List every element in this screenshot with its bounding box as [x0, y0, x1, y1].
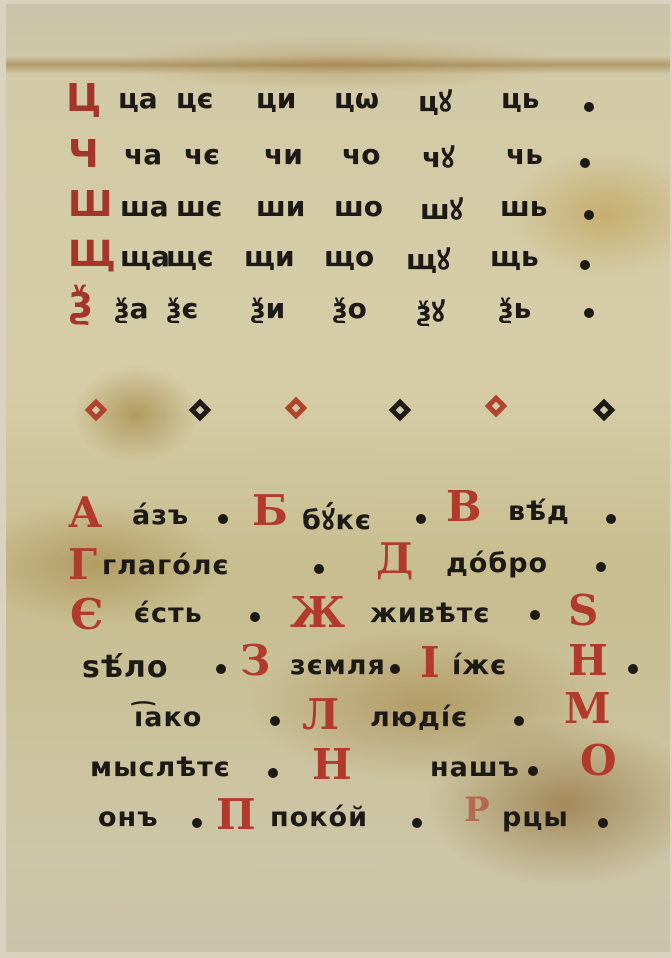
red-initial: Щ [68, 234, 116, 275]
separator-dot [596, 562, 606, 572]
letter-name: люді́є [370, 702, 468, 733]
syllable: шо [334, 190, 383, 223]
red-capital: Є [70, 590, 103, 639]
red-capital: Н [568, 636, 608, 685]
red-capital: П [216, 790, 256, 839]
letter-name: і́жє [452, 650, 507, 681]
syllable: цє [176, 82, 213, 115]
syllable: ща [120, 240, 170, 273]
red-capital: Ж [290, 588, 345, 637]
red-capital: А [68, 488, 102, 537]
separator-dot [390, 664, 400, 674]
red-capital: М [564, 684, 611, 733]
black-ornament-icon [389, 399, 412, 422]
syllable: чо [342, 138, 380, 171]
separator-dot [218, 514, 228, 524]
separator-dot [416, 514, 426, 524]
syllable: ѯа [114, 292, 148, 325]
syllable: чє [184, 138, 220, 171]
separator-dot [530, 610, 540, 620]
water-stain [6, 56, 670, 74]
syllable: щи [244, 240, 295, 273]
red-initial: Ш [68, 184, 112, 225]
red-capital: О [580, 736, 617, 785]
red-capital: Г [68, 540, 97, 589]
syllable: ѯо [332, 292, 367, 325]
syllable: цѡ [334, 82, 379, 115]
syllable: ши [256, 190, 305, 223]
syllable: що [324, 240, 374, 273]
letter-name: вѣ́д [508, 496, 570, 527]
separator-dot [250, 612, 260, 622]
separator-dot [628, 664, 638, 674]
black-ornament-icon [189, 399, 212, 422]
red-capital: Д [376, 534, 413, 583]
red-initial: Ч [68, 132, 99, 176]
letter-name: поко́й [270, 802, 368, 833]
syllable: ча [124, 138, 162, 171]
letter-name: нашъ [430, 752, 520, 783]
letter-name: онъ [98, 802, 159, 833]
letter-name: бꙋ́кє [302, 500, 372, 537]
separator-dot [528, 766, 538, 776]
separator-dot [606, 514, 616, 524]
red-ornament-icon [85, 399, 108, 422]
red-capital: Ѕ [568, 586, 598, 635]
red-ornament-icon [485, 395, 508, 418]
syllable: цꙋ [418, 82, 452, 120]
black-ornament-icon [593, 399, 616, 422]
letter-name: живѣтє [370, 598, 490, 629]
red-capital: Б [252, 486, 288, 535]
letter-name: рцы [502, 802, 569, 833]
letter-name: ı͡ако [134, 702, 202, 733]
separator-dot [268, 768, 278, 778]
syllable: шє [176, 190, 222, 223]
red-initial: Ц [66, 76, 101, 120]
red-capital: З [240, 636, 270, 685]
letter-name: до́бро [446, 548, 548, 579]
syllable: щꙋ [406, 240, 450, 278]
separator-dot [192, 818, 202, 828]
syllable: ша [120, 190, 169, 223]
separator-dot [580, 158, 590, 168]
red-capital: Р [464, 790, 490, 830]
separator-dot [584, 308, 594, 318]
red-ornament-icon [285, 397, 308, 420]
syllable: ци [256, 82, 296, 115]
syllable: шꙋ [420, 190, 463, 228]
red-capital: І [420, 638, 440, 687]
letter-name: зємля [290, 650, 386, 681]
syllable: ѯє [166, 292, 198, 325]
syllable: щє [166, 240, 214, 273]
syllable: ѯь [498, 292, 531, 325]
separator-dot [584, 102, 594, 112]
separator-dot [314, 564, 324, 574]
syllable: чꙋ [422, 138, 454, 176]
syllable: ѯи [250, 292, 285, 325]
red-capital: Л [302, 690, 339, 739]
separator-dot [216, 664, 226, 674]
letter-name: ѕѣ́ло [82, 650, 169, 685]
red-initial: Ѯ [68, 286, 93, 327]
separator-dot [514, 716, 524, 726]
syllable: ца [118, 82, 158, 115]
letter-name: глаго́лє [102, 550, 230, 581]
syllable: шь [500, 190, 547, 223]
syllable: чи [264, 138, 303, 171]
separator-dot [580, 260, 590, 270]
syllable: чь [506, 138, 543, 171]
syllable: щь [490, 240, 539, 273]
red-capital: В [446, 482, 482, 531]
separator-dot [598, 818, 608, 828]
separator-dot [412, 818, 422, 828]
manuscript-page: Ц ца цє ци цѡ цꙋ ць Ч ча чє чи чо чꙋ чь … [6, 4, 670, 952]
letter-name: мыслѣтє [90, 752, 231, 783]
letter-name: а́зъ [132, 500, 189, 531]
separator-dot [584, 210, 594, 220]
syllable: ѯꙋ [416, 292, 445, 330]
separator-dot [270, 716, 280, 726]
syllable: ць [501, 82, 539, 115]
letter-name: є́сть [134, 598, 203, 629]
red-capital: Н [312, 740, 352, 789]
